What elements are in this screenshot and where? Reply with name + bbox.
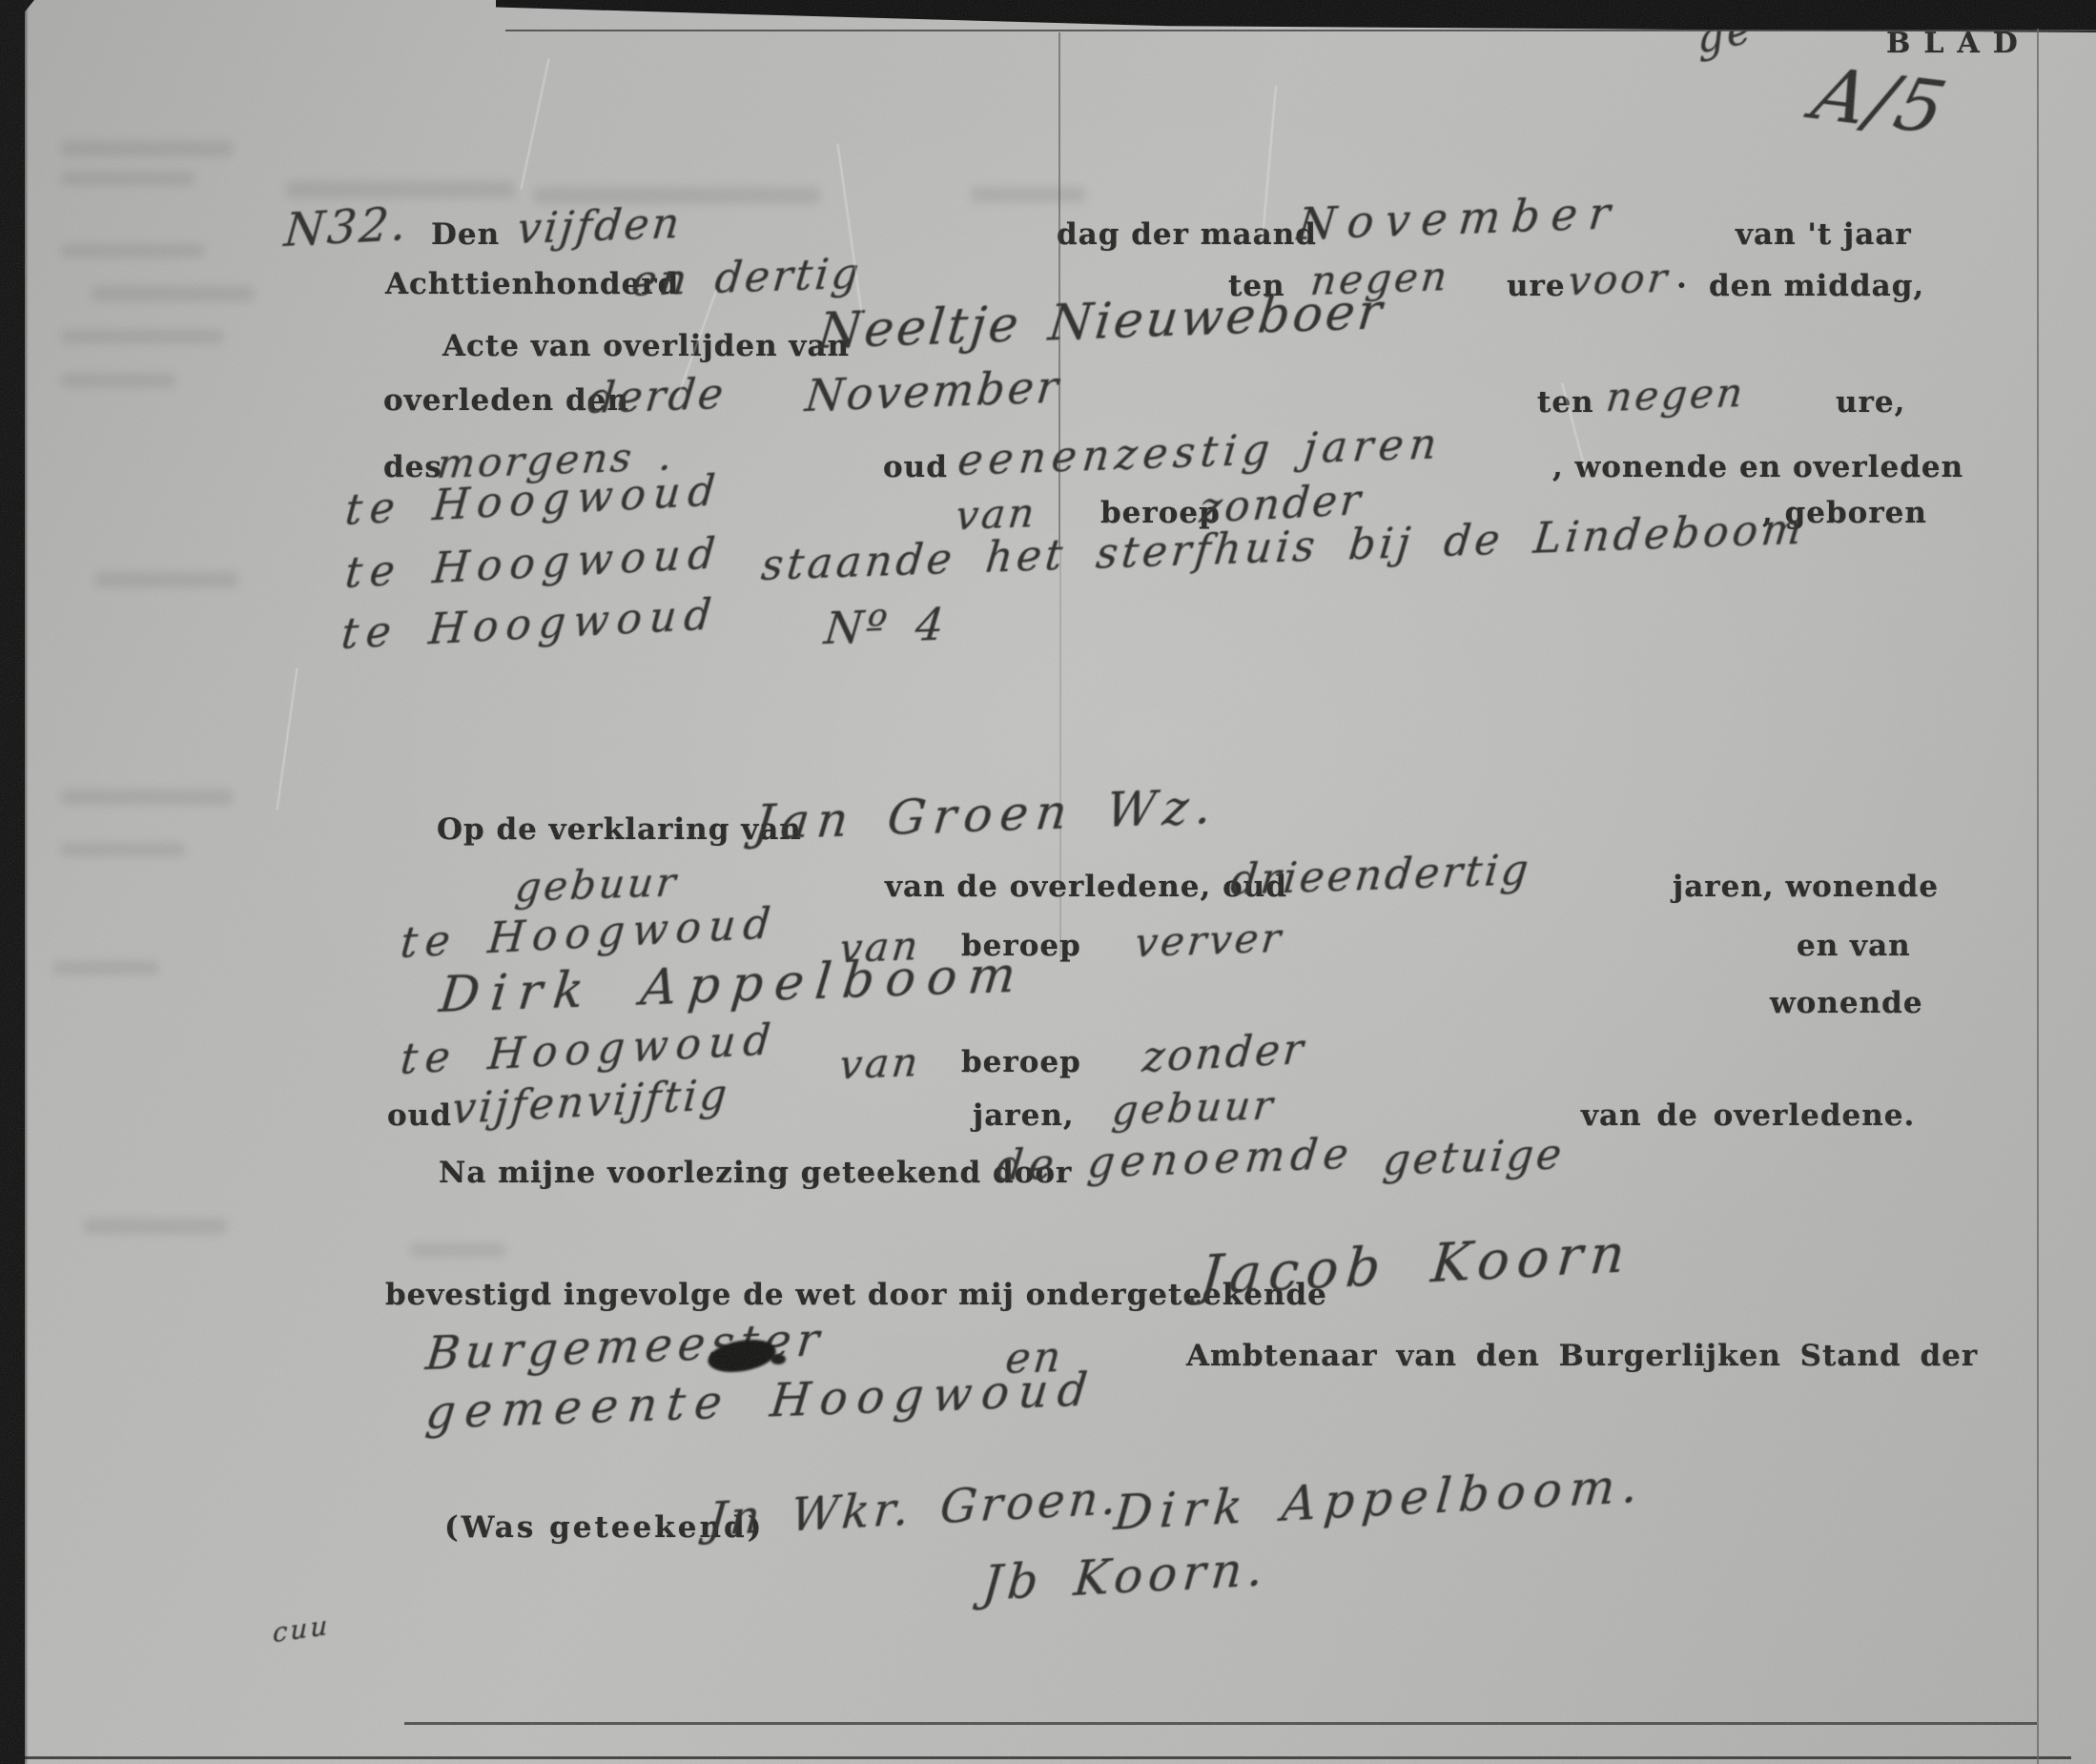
- value-death-day: derde: [586, 370, 729, 423]
- value-witness2-beroep: zonder: [1140, 1025, 1308, 1082]
- page-edge-line: [2037, 29, 2039, 1764]
- label-wonende-en-overleden: , wonende en overleden: [1552, 450, 1963, 484]
- binding-crease-line: [1058, 32, 1060, 547]
- label-ure: ure: [1507, 269, 1566, 303]
- ink-bleed-smudge: [61, 330, 223, 343]
- value-te-hoogwoud-3: te Hoogwoud: [339, 590, 721, 659]
- margin-squiggle: cuu: [273, 1609, 330, 1649]
- label-acte-van-overlijden: Acte van overlijden van: [442, 329, 850, 363]
- label-van-t-jaar: van 't jaar: [1736, 217, 1912, 252]
- act-number: N32.: [282, 197, 411, 257]
- ink-bleed-smudge: [61, 790, 233, 805]
- label-ambtenaar: Ambtenaar van den Burgerlijken Stand der: [1186, 1339, 1978, 1373]
- value-witness1-age: drieendertig: [1228, 846, 1533, 905]
- ink-bleed-smudge: [84, 1219, 227, 1234]
- label-dag-der-maand: dag der maand: [1057, 217, 1317, 252]
- ink-bleed-smudge: [61, 141, 233, 156]
- ink-bleed-smudge: [61, 843, 185, 856]
- label-jaren: jaren,: [973, 1098, 1075, 1133]
- value-witness2-relation: gebuur: [1110, 1081, 1278, 1134]
- value-van-3: van: [837, 1038, 923, 1088]
- label-dot: ·: [1676, 269, 1688, 303]
- label-wonende: wonende: [1770, 986, 1923, 1020]
- label-van-de-overledene-oud: van de overledene, oud: [885, 870, 1287, 904]
- ink-bleed-smudge: [95, 572, 238, 587]
- label-na-mijne-voorlezing: Na mijne voorlezing geteekend door: [439, 1156, 1072, 1190]
- signature-witness2: Dirk Appelboom.: [1112, 1457, 1648, 1541]
- scan-left-black-band: [0, 0, 25, 1764]
- label-den: Den: [431, 217, 500, 252]
- value-year: en dertig: [629, 249, 864, 306]
- value-geteekend-door-2: getuige: [1381, 1130, 1567, 1185]
- scan-top-black-band: [496, 0, 2096, 32]
- signature-official: Jb Koorn.: [980, 1541, 1271, 1611]
- label-van-de-overledene: van de overledene.: [1581, 1098, 1915, 1133]
- value-geteekend-door-1: de genoemde: [994, 1130, 1356, 1191]
- ink-bleed-smudge: [92, 286, 254, 301]
- label-beroep-3: beroep: [961, 1045, 1081, 1079]
- ink-bleed-smudge: [61, 244, 204, 257]
- value-official-name: Jacob Koorn: [1198, 1222, 1634, 1307]
- value-witness1-beroep: verver: [1133, 913, 1285, 966]
- bottom-rule-lower: [0, 1756, 2071, 1759]
- signature-witness1: Jn Wkr. Groen.: [706, 1471, 1122, 1547]
- label-den-middag: den middag,: [1709, 269, 1924, 303]
- ink-bleed-smudge: [61, 172, 195, 185]
- value-house-number: Nº 4: [822, 598, 949, 654]
- value-age: eenenzestig jaren: [956, 420, 1445, 485]
- value-day: vijfden: [515, 199, 685, 254]
- paper-scratch: [277, 668, 298, 810]
- ink-bleed-smudge: [534, 187, 820, 204]
- paper-scratch: [1262, 86, 1277, 238]
- value-te-hoogwoud-2: te Hoogwoud: [343, 529, 725, 598]
- bottom-rule-upper: [404, 1722, 2037, 1725]
- label-op-de-verklaring-van: Op de verklaring van: [437, 812, 802, 847]
- value-witness2-age: vijfenvijftig: [450, 1070, 731, 1134]
- label-bevestigd: bevestigd ingevolge de wet door mij onde…: [385, 1278, 1327, 1312]
- value-month: November: [1295, 187, 1624, 250]
- scanned-death-record-page: ge BLAD A/5 N32.Denvijfdendag der maandN…: [0, 0, 2096, 1764]
- ink-bleed-smudge: [61, 374, 175, 387]
- label-jaren-wonende: jaren, wonende: [1673, 870, 1939, 904]
- paper-scratch: [520, 58, 549, 189]
- label-des: des: [383, 450, 442, 484]
- ink-bleed-smudge: [971, 187, 1085, 202]
- ink-bleed-smudge: [53, 961, 158, 974]
- scan-right-black-band: [2052, 0, 2096, 1764]
- value-witness1-relation: gebuur: [513, 858, 681, 911]
- value-witness1-name: Jan Groen Wz.: [751, 779, 1222, 851]
- top-margin-rule: [505, 30, 2096, 31]
- label-en-van: en van: [1797, 929, 1911, 963]
- label-ure-2: ure,: [1836, 385, 1905, 420]
- value-death-month: November: [803, 360, 1063, 421]
- value-death-hour: negen: [1604, 369, 1748, 420]
- label-oud: oud: [883, 450, 948, 484]
- label-oud-2: oud: [387, 1098, 452, 1133]
- header-folio-mark: A/5: [1804, 51, 1957, 151]
- ink-bleed-smudge: [410, 1243, 505, 1257]
- value-voor: voor: [1566, 254, 1672, 304]
- value-deceased-name: Neeltje Nieuweboer: [815, 283, 1387, 360]
- ink-bleed-smudge: [286, 181, 515, 198]
- binding-crease-line-faint: [1059, 547, 1061, 957]
- ink-blot-dot: [771, 1354, 786, 1364]
